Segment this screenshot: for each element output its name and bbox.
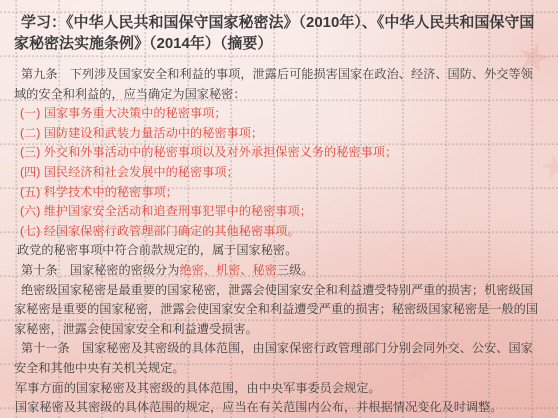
article9-intro: 第九条 下列涉及国家安全和利益的事项，泄露后可能损害国家在政治、经济、国防、外交… bbox=[14, 65, 544, 104]
article9-item-7: (七) 经国家保密行政管理部门确定的其他秘密事项。 bbox=[14, 222, 544, 242]
article10-suffix: 三级。 bbox=[277, 263, 314, 277]
document-title: 学习：《中华人民共和国保守国家秘密法》（2010年）、《中华人民共和国保守国家秘… bbox=[14, 12, 544, 54]
article9-item-4: (四) 国民经济和社会发展中的秘密事项； bbox=[14, 163, 544, 183]
article10-classification-levels: 绝密、机密、秘密 bbox=[179, 263, 277, 277]
document-page: ★ ★ ★ 学习：《中华人民共和国保守国家秘密法》（2010年）、《中华人民共和… bbox=[0, 0, 558, 418]
article11-publication: 国家秘密及其密级的具体范围的规定，应当在有关范围内公布，并根据情况变化及时调整。 bbox=[14, 398, 544, 418]
article11-scope: 第十一条 国家秘密及其密级的具体范围，由国家保密行政管理部门分别会同外交、公安、… bbox=[14, 339, 544, 378]
article9-item-6: (六) 维护国家安全活动和追查刑事犯罪中的秘密事项； bbox=[14, 202, 544, 222]
article9-item-2: (二) 国防建设和武装力量活动中的秘密事项； bbox=[14, 124, 544, 144]
article10-detail: 绝密级国家秘密是最重要的国家秘密，泄露会使国家安全和利益遭受特别严重的损害；机密… bbox=[14, 281, 544, 340]
article9-closing: 政党的秘密事项中符合前款规定的，属于国家秘密。 bbox=[14, 241, 544, 261]
document-content: 学习：《中华人民共和国保守国家秘密法》（2010年）、《中华人民共和国保守国家秘… bbox=[0, 0, 558, 418]
article9-item-3: (三) 外交和外事活动中的秘密事项以及对外承担保密义务的秘密事项； bbox=[14, 143, 544, 163]
article10-prefix: 第十条 国家秘密的密级分为 bbox=[21, 263, 179, 277]
article11-military: 军事方面的国家秘密及其密级的具体范围，由中央军事委员会规定。 bbox=[14, 379, 544, 399]
article10-heading: 第十条 国家秘密的密级分为绝密、机密、秘密三级。 bbox=[14, 261, 544, 281]
article9-item-1: (一) 国家事务重大决策中的秘密事项； bbox=[14, 104, 544, 124]
article9-item-5: (五) 科学技术中的秘密事项； bbox=[14, 183, 544, 203]
